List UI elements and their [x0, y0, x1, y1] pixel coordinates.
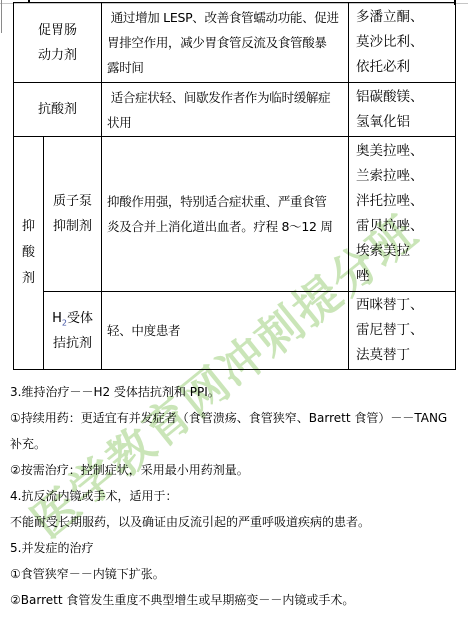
note-paragraph: ②按需治疗：控制症状，采用最小用药剂量。 [10, 457, 464, 483]
drugs-cell-h2ra: 西咪替丁、 雷尼替丁、 法莫替丁 [349, 292, 456, 370]
table-row: 抑 酸 剂 质子泵 抑制剂 抑酸作用强，特别适合症状重、严重食管 炎及合并上消化… [14, 137, 456, 292]
description-cell-ppi: 抑酸作用强，特别适合症状重、严重食管 炎及合并上消化道出血者。疗程 8～12 周 [102, 137, 349, 292]
note-paragraph: ②Barrett 食管发生重度不典型增生或早期癌变－－内镜或手术。 [10, 587, 464, 613]
drugs-cell-ppi: 奥美拉唑、 兰索拉唑、 泮托拉唑、 雷贝拉唑、 埃索美拉 唑 [349, 137, 456, 292]
table-row: 促胃肠 动力剂 通过增加 LESP、改善食管蠕动功能、促进 胃排空作用，减少胃食… [14, 3, 456, 83]
description-cell-antacid: 适合症状轻、间歇发作者作为临时缓解症 状用 [102, 83, 349, 137]
cropped-border-fragment-left [1, 0, 2, 33]
description-cell-h2ra: 轻、中度患者 [102, 292, 349, 370]
h2ra-base: H [52, 311, 62, 326]
table-row: H2受体拮抗剂 轻、中度患者 西咪替丁、 雷尼替丁、 法莫替丁 [14, 292, 456, 370]
category-cell-antacid: 抗酸剂 [14, 83, 102, 137]
subcategory-cell-ppi: 质子泵 抑制剂 [44, 137, 102, 292]
cropped-border-fragment-mid [28, 0, 30, 3]
h2ra-line2: 拮抗剂 [53, 336, 92, 351]
drugs-cell-prokinetic: 多潘立酮、 莫沙比利、 依托必利 [349, 3, 456, 83]
note-paragraph: 4.抗反流内镜或手术，适用于： [10, 483, 464, 509]
table-row: 抗酸剂 适合症状轻、间歇发作者作为临时缓解症 状用 铝碳酸镁、 氢氧化铝 [14, 83, 456, 137]
category-cell-acid-suppressant: 抑 酸 剂 [14, 137, 44, 370]
note-paragraph: 3.维持治疗－－H2 受体拮抗剂和 PPI。 [10, 379, 464, 405]
description-cell-prokinetic: 通过增加 LESP、改善食管蠕动功能、促进 胃排空作用，减少胃食管反流及食管酸暴… [102, 3, 349, 83]
notes-section: 3.维持治疗－－H2 受体拮抗剂和 PPI。 ①持续用药：更适宜有并发症者（食管… [10, 379, 464, 613]
drug-class-table: 促胃肠 动力剂 通过增加 LESP、改善食管蠕动功能、促进 胃排空作用，减少胃食… [13, 2, 456, 370]
note-paragraph: ①食管狭窄－－内镜下扩张。 [10, 561, 464, 587]
note-paragraph: ①持续用药：更适宜有并发症者（食管溃疡、食管狭窄、Barrett 食管）－－TA… [10, 405, 464, 457]
subcategory-cell-h2ra: H2受体拮抗剂 [44, 292, 102, 370]
drugs-cell-antacid: 铝碳酸镁、 氢氧化铝 [349, 83, 456, 137]
note-paragraph: 不能耐受长期服药，以及确证由反流引起的严重呼吸道疾病的患者。 [10, 509, 464, 535]
category-cell-prokinetic: 促胃肠 动力剂 [14, 3, 102, 83]
cropped-border-fragment-right [454, 0, 456, 5]
note-paragraph: 5.并发症的治疗 [10, 535, 464, 561]
h2ra-line1-rest: 受体 [67, 311, 93, 326]
